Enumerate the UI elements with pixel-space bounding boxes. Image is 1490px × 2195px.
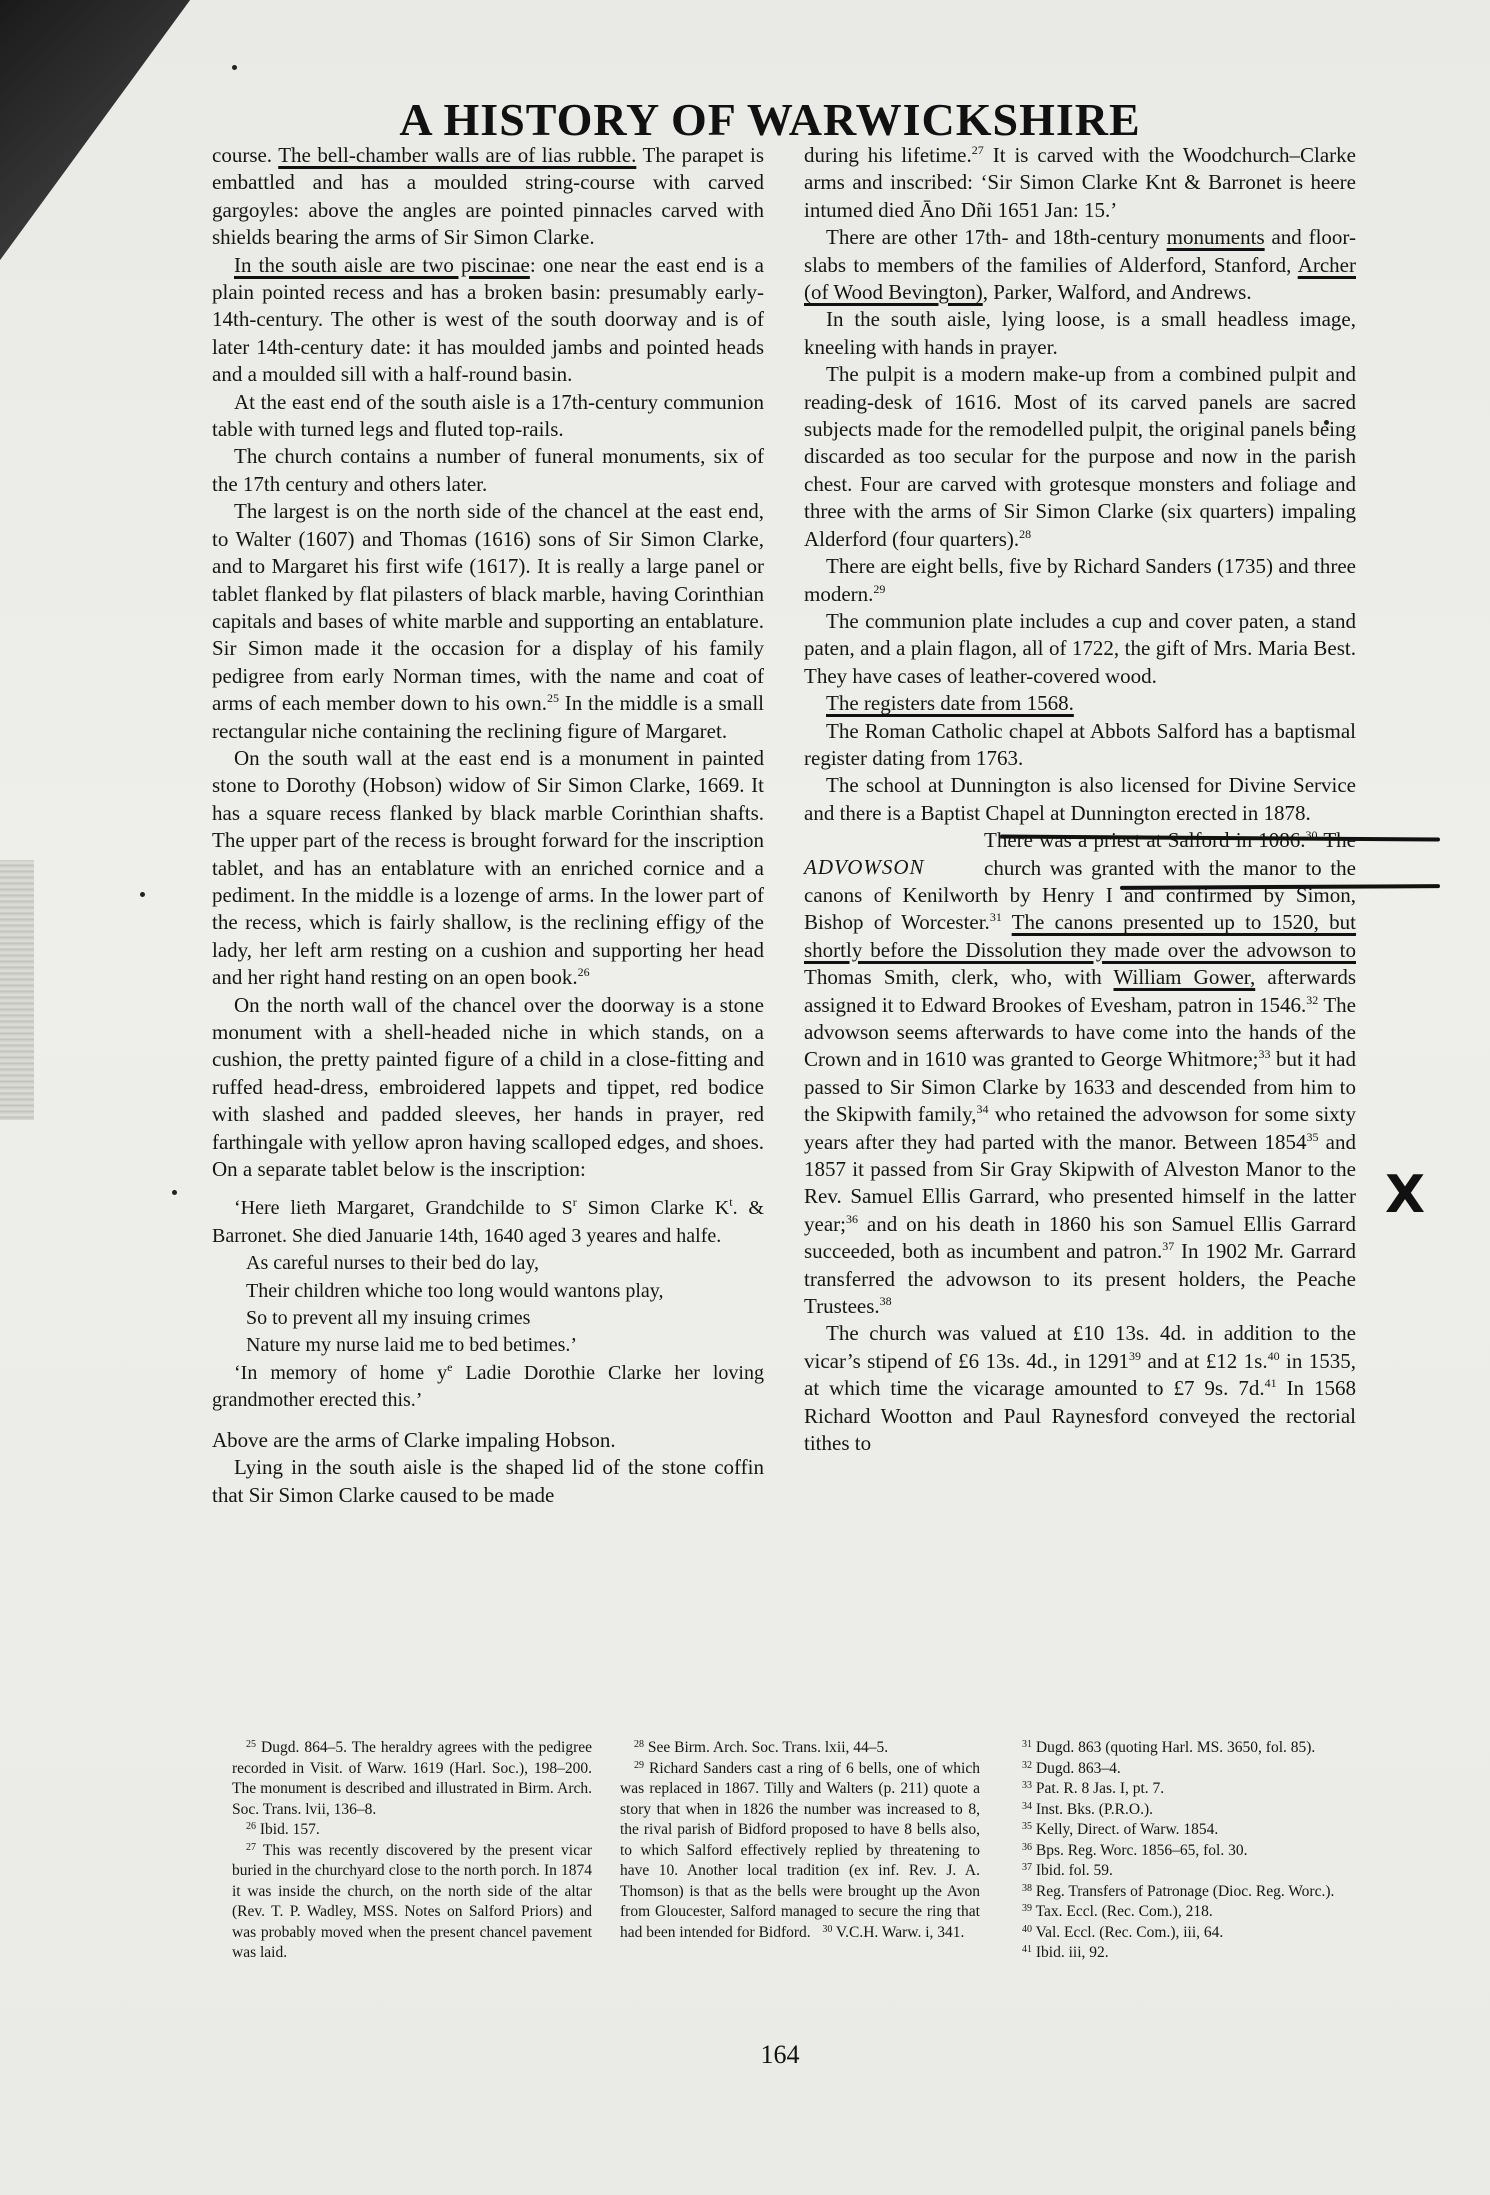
footnote: 33 Pat. R. 8 Jas. I, pt. 7. xyxy=(1008,1779,1368,1800)
advowson-paragraph: ADVOWSONThere was a priest at Salford in… xyxy=(804,827,1356,1320)
footnote: 28 See Birm. Arch. Soc. Trans. lxii, 44–… xyxy=(620,1738,980,1759)
footnote-ref[interactable]: 31 xyxy=(990,910,1002,924)
inscription-quote: ‘In memory of home ye Ladie Dorothie Cla… xyxy=(212,1360,764,1415)
speck xyxy=(140,892,145,897)
verse-line: So to prevent all my insuing crimes xyxy=(212,1305,764,1332)
running-title: A HISTORY OF WARWICKSHIRE xyxy=(300,93,1240,146)
footnote: 39 Tax. Eccl. (Rec. Com.), 218. xyxy=(1008,1902,1368,1923)
verse-line: As careful nurses to their bed do lay, xyxy=(212,1250,764,1277)
footnote: 26 Ibid. 157. xyxy=(232,1820,592,1841)
verse-line: Nature my nurse laid me to bed betimes.’ xyxy=(212,1332,764,1359)
margin-x-mark: X xyxy=(1385,1165,1425,1225)
footnote: 36 Bps. Reg. Worc. 1856–65, fol. 30. xyxy=(1008,1841,1368,1862)
paragraph: The pulpit is a modern make-up from a co… xyxy=(804,361,1356,553)
pen-underline: In the south aisle are two piscinae xyxy=(234,253,530,277)
footnote: 32 Dugd. 863–4. xyxy=(1008,1759,1368,1780)
footnote: 34 Inst. Bks. (P.R.O.). xyxy=(1008,1800,1368,1821)
footnote-ref[interactable]: 29 xyxy=(873,582,885,596)
footnote: 29 Richard Sanders cast a ring of 6 bell… xyxy=(620,1759,980,1944)
footnote: 25 Dugd. 864–5. The heraldry agrees with… xyxy=(232,1738,592,1820)
paragraph: On the south wall at the east end is a m… xyxy=(212,745,764,992)
paragraph: Above are the arms of Clarke impaling Ho… xyxy=(212,1427,764,1454)
binding-edge-shadow xyxy=(0,860,34,1120)
speck xyxy=(1324,420,1329,425)
footnote-ref[interactable]: 39 xyxy=(1129,1349,1141,1363)
footnote: 41 Ibid. iii, 92. xyxy=(1008,1943,1368,1964)
footnote-ref[interactable]: 41 xyxy=(1265,1376,1277,1390)
speck xyxy=(232,65,237,70)
footnote-ref[interactable]: 27 xyxy=(972,143,984,157)
footnote-ref[interactable]: 38 xyxy=(880,1294,892,1308)
verse-line: Their children whiche too long would wan… xyxy=(212,1278,764,1305)
paragraph: The church contains a number of funeral … xyxy=(212,443,764,498)
right-text-column: during his lifetime.27 It is carved with… xyxy=(804,142,1356,1458)
paragraph: The school at Dunnington is also license… xyxy=(804,772,1356,827)
footnote: 40 Val. Eccl. (Rec. Com.), iii, 64. xyxy=(1008,1923,1368,1944)
footnotes: 25 Dugd. 864–5. The heraldry agrees with… xyxy=(232,1738,1372,1964)
pen-underline: The registers date from 1568. xyxy=(826,691,1074,715)
paragraph: course. The bell-chamber walls are of li… xyxy=(212,142,764,252)
paragraph: In the south aisle, lying loose, is a sm… xyxy=(804,306,1356,361)
footnote: 31 Dugd. 863 (quoting Harl. MS. 3650, fo… xyxy=(1008,1738,1368,1759)
paragraph: In the south aisle are two piscinae: one… xyxy=(212,252,764,389)
footnote: 27 This was recently discovered by the p… xyxy=(232,1841,592,1964)
paragraph: On the north wall of the chancel over th… xyxy=(212,992,764,1184)
speck xyxy=(172,1190,177,1195)
inscription-quote: ‘Here lieth Margaret, Grandchilde to Sr … xyxy=(212,1195,764,1250)
left-text-column: course. The bell-chamber walls are of li… xyxy=(212,142,764,1509)
paragraph: Lying in the south aisle is the shaped l… xyxy=(212,1454,764,1509)
footnote-ref[interactable]: 35 xyxy=(1307,1130,1319,1144)
pen-underline: The bell-chamber walls are of lias rubbl… xyxy=(278,143,636,167)
paragraph: At the east end of the south aisle is a … xyxy=(212,389,764,444)
footnote-ref[interactable]: 28 xyxy=(1019,527,1031,541)
pen-underline: monuments xyxy=(1167,225,1265,249)
paragraph: The Roman Catholic chapel at Abbots Salf… xyxy=(804,718,1356,773)
footnote-ref[interactable]: 40 xyxy=(1268,1349,1280,1363)
pen-underline: William Gower, xyxy=(1114,965,1256,989)
footnote-ref[interactable]: 25 xyxy=(547,691,559,705)
paragraph: The church was valued at £10 13s. 4d. in… xyxy=(804,1320,1356,1457)
paragraph: The largest is on the north side of the … xyxy=(212,498,764,745)
page-number: 164 xyxy=(0,2040,1490,2070)
footnote-ref[interactable]: 33 xyxy=(1258,1047,1270,1061)
footnote-ref[interactable]: 37 xyxy=(1162,1239,1174,1253)
paragraph: during his lifetime.27 It is carved with… xyxy=(804,142,1356,224)
footnote: 38 Reg. Transfers of Patronage (Dioc. Re… xyxy=(1008,1882,1368,1903)
footnote-ref[interactable]: 32 xyxy=(1306,993,1318,1007)
paragraph: There are eight bells, five by Richard S… xyxy=(804,553,1356,608)
paragraph: The registers date from 1568. xyxy=(804,690,1356,717)
footnote-ref[interactable]: 36 xyxy=(846,1212,858,1226)
footnote-column-2: 28 See Birm. Arch. Soc. Trans. lxii, 44–… xyxy=(620,1738,980,1964)
footnote-ref[interactable]: 26 xyxy=(578,965,590,979)
footnote-ref[interactable]: 34 xyxy=(977,1102,989,1116)
footnote: 37 Ibid. fol. 59. xyxy=(1008,1861,1368,1882)
footnote-column-1: 25 Dugd. 864–5. The heraldry agrees with… xyxy=(232,1738,592,1964)
section-sidehead: ADVOWSON xyxy=(804,854,974,881)
paragraph: The communion plate includes a cup and c… xyxy=(804,608,1356,690)
paragraph: There are other 17th- and 18th-century m… xyxy=(804,224,1356,306)
footnote: 35 Kelly, Direct. of Warw. 1854. xyxy=(1008,1820,1368,1841)
footnote-column-3: 31 Dugd. 863 (quoting Harl. MS. 3650, fo… xyxy=(1008,1738,1368,1964)
